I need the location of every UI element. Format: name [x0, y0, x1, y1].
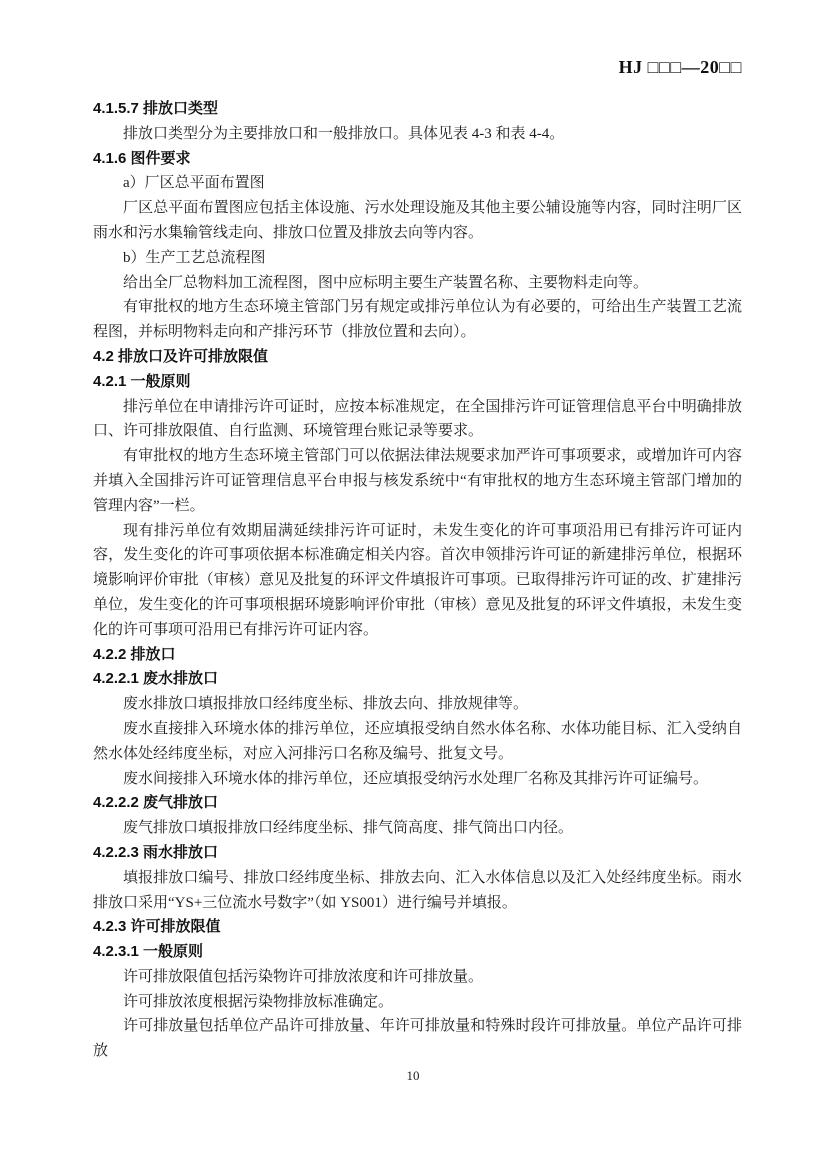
paragraph: 给出全厂总物料加工流程图，图中应标明主要生产装置名称、主要物料走向等。 [93, 271, 742, 296]
document-content: 4.1.5.7 排放口类型排放口类型分为主要排放口和一般排放口。具体见表 4-3… [93, 97, 742, 1064]
paragraph: 现有排污单位有效期届满延续排污许可证时，未发生变化的许可事项沿用已有排污许可证内… [93, 519, 742, 643]
section-heading: 4.2.2.1 废水排放口 [93, 667, 742, 692]
paragraph: 废水排放口填报排放口经纬度坐标、排放去向、排放规律等。 [93, 692, 742, 717]
document-page: HJ □□□—20□□ 4.1.5.7 排放口类型排放口类型分为主要排放口和一般… [0, 0, 826, 1169]
section-heading: 4.2 排放口及许可排放限值 [93, 345, 742, 370]
section-heading: 4.2.2.2 废气排放口 [93, 791, 742, 816]
paragraph: 许可排放限值包括污染物许可排放浓度和许可排放量。 [93, 965, 742, 990]
paragraph: 废水间接排入环境水体的排污单位，还应填报受纳污水处理厂名称及其排污许可证编号。 [93, 767, 742, 792]
paragraph: a）厂区总平面布置图 [93, 171, 742, 196]
paragraph: 排放口类型分为主要排放口和一般排放口。具体见表 4-3 和表 4-4。 [93, 122, 742, 147]
section-heading: 4.1.6 图件要求 [93, 147, 742, 172]
section-heading: 4.1.5.7 排放口类型 [93, 97, 742, 122]
section-heading: 4.2.3 许可排放限值 [93, 915, 742, 940]
paragraph: 许可排放量包括单位产品许可排放量、年许可排放量和特殊时段许可排放量。单位产品许可… [93, 1014, 742, 1064]
paragraph: 许可排放浓度根据污染物排放标准确定。 [93, 990, 742, 1015]
paragraph: 有审批权的地方生态环境主管部门另有规定或排污单位认为有必要的，可给出生产装置工艺… [93, 295, 742, 345]
paragraph: b）生产工艺总流程图 [93, 246, 742, 271]
paragraph: 有审批权的地方生态环境主管部门可以依据法律法规要求加严许可事项要求，或增加许可内… [93, 444, 742, 518]
section-heading: 4.2.2 排放口 [93, 643, 742, 668]
paragraph: 废气排放口填报排放口经纬度坐标、排气筒高度、排气筒出口内径。 [93, 816, 742, 841]
paragraph: 填报排放口编号、排放口经纬度坐标、排放去向、汇入水体信息以及汇入处经纬度坐标。雨… [93, 866, 742, 916]
paragraph: 排污单位在申请排污许可证时，应按本标准规定，在全国排污许可证管理信息平台中明确排… [93, 395, 742, 445]
page-number: 10 [0, 1068, 826, 1084]
paragraph: 厂区总平面布置图应包括主体设施、污水处理设施及其他主要公辅设施等内容，同时注明厂… [93, 196, 742, 246]
section-heading: 4.2.1 一般原则 [93, 370, 742, 395]
paragraph: 废水直接排入环境水体的排污单位，还应填报受纳自然水体名称、水体功能目标、汇入受纳… [93, 717, 742, 767]
section-heading: 4.2.2.3 雨水排放口 [93, 841, 742, 866]
section-heading: 4.2.3.1 一般原则 [93, 940, 742, 965]
doc-number-header: HJ □□□—20□□ [93, 57, 742, 78]
